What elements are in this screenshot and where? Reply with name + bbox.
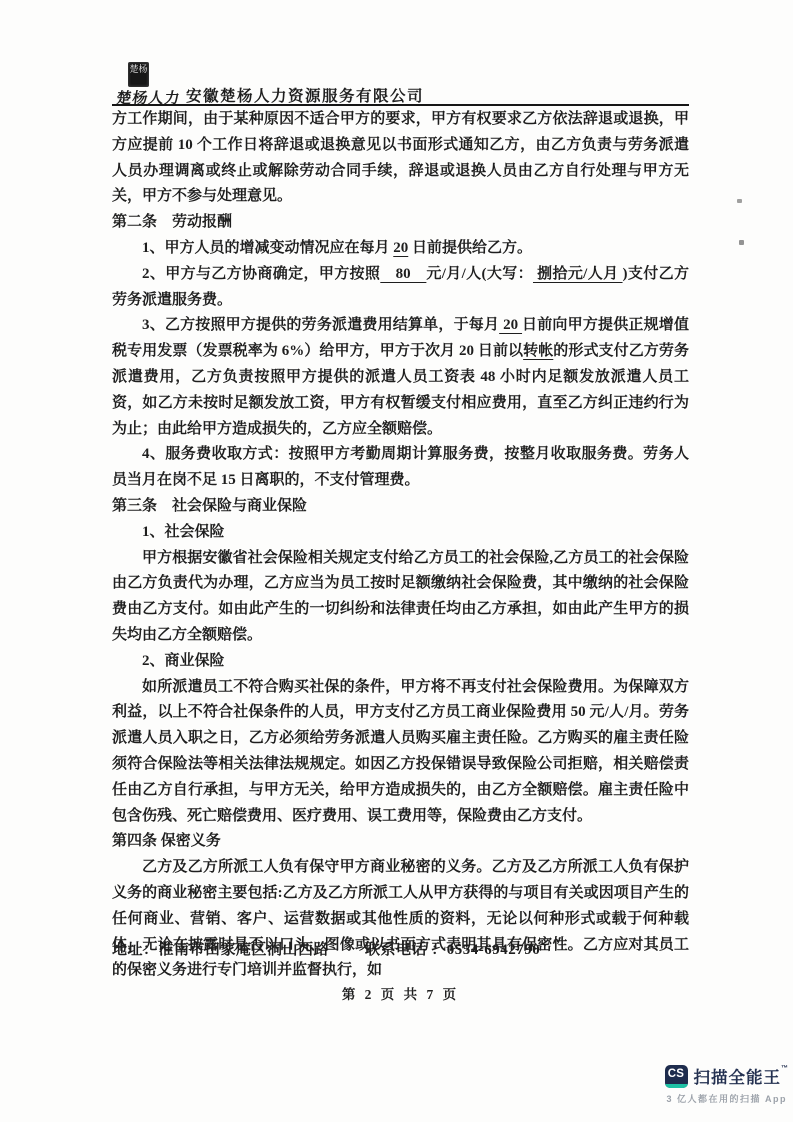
contract-body: 方工作期间，由于某种原因不适合甲方的要求，甲方有权要求乙方依法辞退或退换，甲方应… xyxy=(112,107,689,984)
paragraph-text: 第二条 劳动报酬 xyxy=(112,214,232,230)
paragraph-text: 2、甲方与乙方协商确定，甲方按照 xyxy=(142,266,380,282)
paragraph-text: 4、服务费收取方式：按照甲方考勤周期计算服务费，按整月收取服务费。劳务人员当月在… xyxy=(112,446,689,488)
camscanner-app-name: 扫描全能王™ xyxy=(694,1064,790,1088)
paragraph-text: 第三条 社会保险与商业保险 xyxy=(112,498,307,514)
filled-in-blank: 20 xyxy=(499,317,522,333)
paragraph-text: 第四条 保密义务 xyxy=(112,833,221,849)
camscanner-app-name-text: 扫描全能王 xyxy=(694,1069,782,1087)
contract-paragraph: 1、甲方人员的增减变动情况应在每月 20 日前提供给乙方。 xyxy=(112,236,689,262)
paragraph-text: 日前提供给乙方。 xyxy=(408,240,532,256)
footer-contact: 地址：淮南市田家庵区洞山西路联系电话 ：0554-6942790 xyxy=(112,938,540,959)
contract-paragraph: 如所派遣员工不符合购买社保的条件，甲方将不再支付社会保险费用。为保障双方利益，以… xyxy=(112,675,689,830)
filled-in-blank: 20 xyxy=(393,240,408,256)
header-divider xyxy=(112,104,689,106)
paragraph-text: 1、甲方人员的增减变动情况应在每月 xyxy=(142,240,393,256)
contract-paragraph: 4、服务费收取方式：按照甲方考勤周期计算服务费，按整月收取服务费。劳务人员当月在… xyxy=(112,442,689,494)
paragraph-text: 元/月/人(大写： xyxy=(426,266,533,282)
contract-paragraph: 乙方及乙方所派工人负有保守甲方商业秘密的义务。乙方及乙方所派工人负有保护义务的商… xyxy=(112,855,689,984)
camscanner-tagline: 3 亿人都在用的扫描 App xyxy=(665,1092,790,1105)
contract-paragraph: 2、商业保险 xyxy=(112,649,689,675)
camscanner-logo-icon: CS xyxy=(665,1065,688,1088)
filled-in-blank: 捌拾元/人月 xyxy=(533,266,623,282)
contract-paragraph: 第二条 劳动报酬 xyxy=(112,210,689,236)
contract-paragraph: 3、乙方按照甲方提供的劳务派遣费用结算单，于每月 20 日前向甲方提供正规增值税… xyxy=(112,313,689,442)
address-label: 地址：淮南市田家庵区洞山西路 xyxy=(112,942,329,958)
company-seal-logo: 楚杨 xyxy=(128,62,149,87)
paragraph-text: 1、社会保险 xyxy=(142,524,225,540)
paragraph-text: 甲方根据安徽省社会保险相关规定支付给乙方员工的社会保险,乙方员工的社会保险由乙方… xyxy=(112,550,689,643)
filled-in-blank: 转帐 xyxy=(523,343,553,359)
company-name: 安徽楚杨人力资源服务有限公司 xyxy=(186,84,424,106)
paragraph-text: 如所派遣员工不符合购买社保的条件，甲方将不再支付社会保险费用。为保障双方利益，以… xyxy=(112,679,689,824)
filled-in-blank: 80 xyxy=(380,266,426,282)
camscanner-watermark: CS 扫描全能王™ 3 亿人都在用的扫描 App xyxy=(665,1064,790,1105)
paragraph-text: 2、商业保险 xyxy=(142,653,225,669)
contract-paragraph: 甲方根据安徽省社会保险相关规定支付给乙方员工的社会保险,乙方员工的社会保险由乙方… xyxy=(112,546,689,649)
contract-paragraph: 第四条 保密义务 xyxy=(112,829,689,855)
contract-paragraph: 2、甲方与乙方协商确定，甲方按照 80 元/月/人(大写： 捌拾元/人月 )支付… xyxy=(112,262,689,314)
paragraph-text: 方工作期间，由于某种原因不适合甲方的要求，甲方有权要求乙方依法辞退或退换，甲方应… xyxy=(112,111,689,204)
paragraph-text: 3、乙方按照甲方提供的劳务派遣费用结算单，于每月 xyxy=(142,317,499,333)
scan-artifact-dot xyxy=(737,199,742,203)
contract-paragraph: 第三条 社会保险与商业保险 xyxy=(112,494,689,520)
camscanner-brand-row: CS 扫描全能王™ xyxy=(665,1064,790,1088)
paragraph-text: 乙方及乙方所派工人负有保守甲方商业秘密的义务。乙方及乙方所派工人负有保护义务的商… xyxy=(112,859,689,978)
contract-paragraph: 1、社会保险 xyxy=(112,520,689,546)
contract-paragraph: 方工作期间，由于某种原因不适合甲方的要求，甲方有权要求乙方依法辞退或退换，甲方应… xyxy=(112,107,689,210)
page-number: 第 2 页 共 7 页 xyxy=(112,983,689,1003)
scan-artifact-dot xyxy=(739,240,744,245)
trademark-symbol: ™ xyxy=(781,1065,789,1072)
camscanner-logo-strip xyxy=(665,1084,688,1088)
phone-label: 联系电话 ：0554-6942790 xyxy=(365,942,540,958)
